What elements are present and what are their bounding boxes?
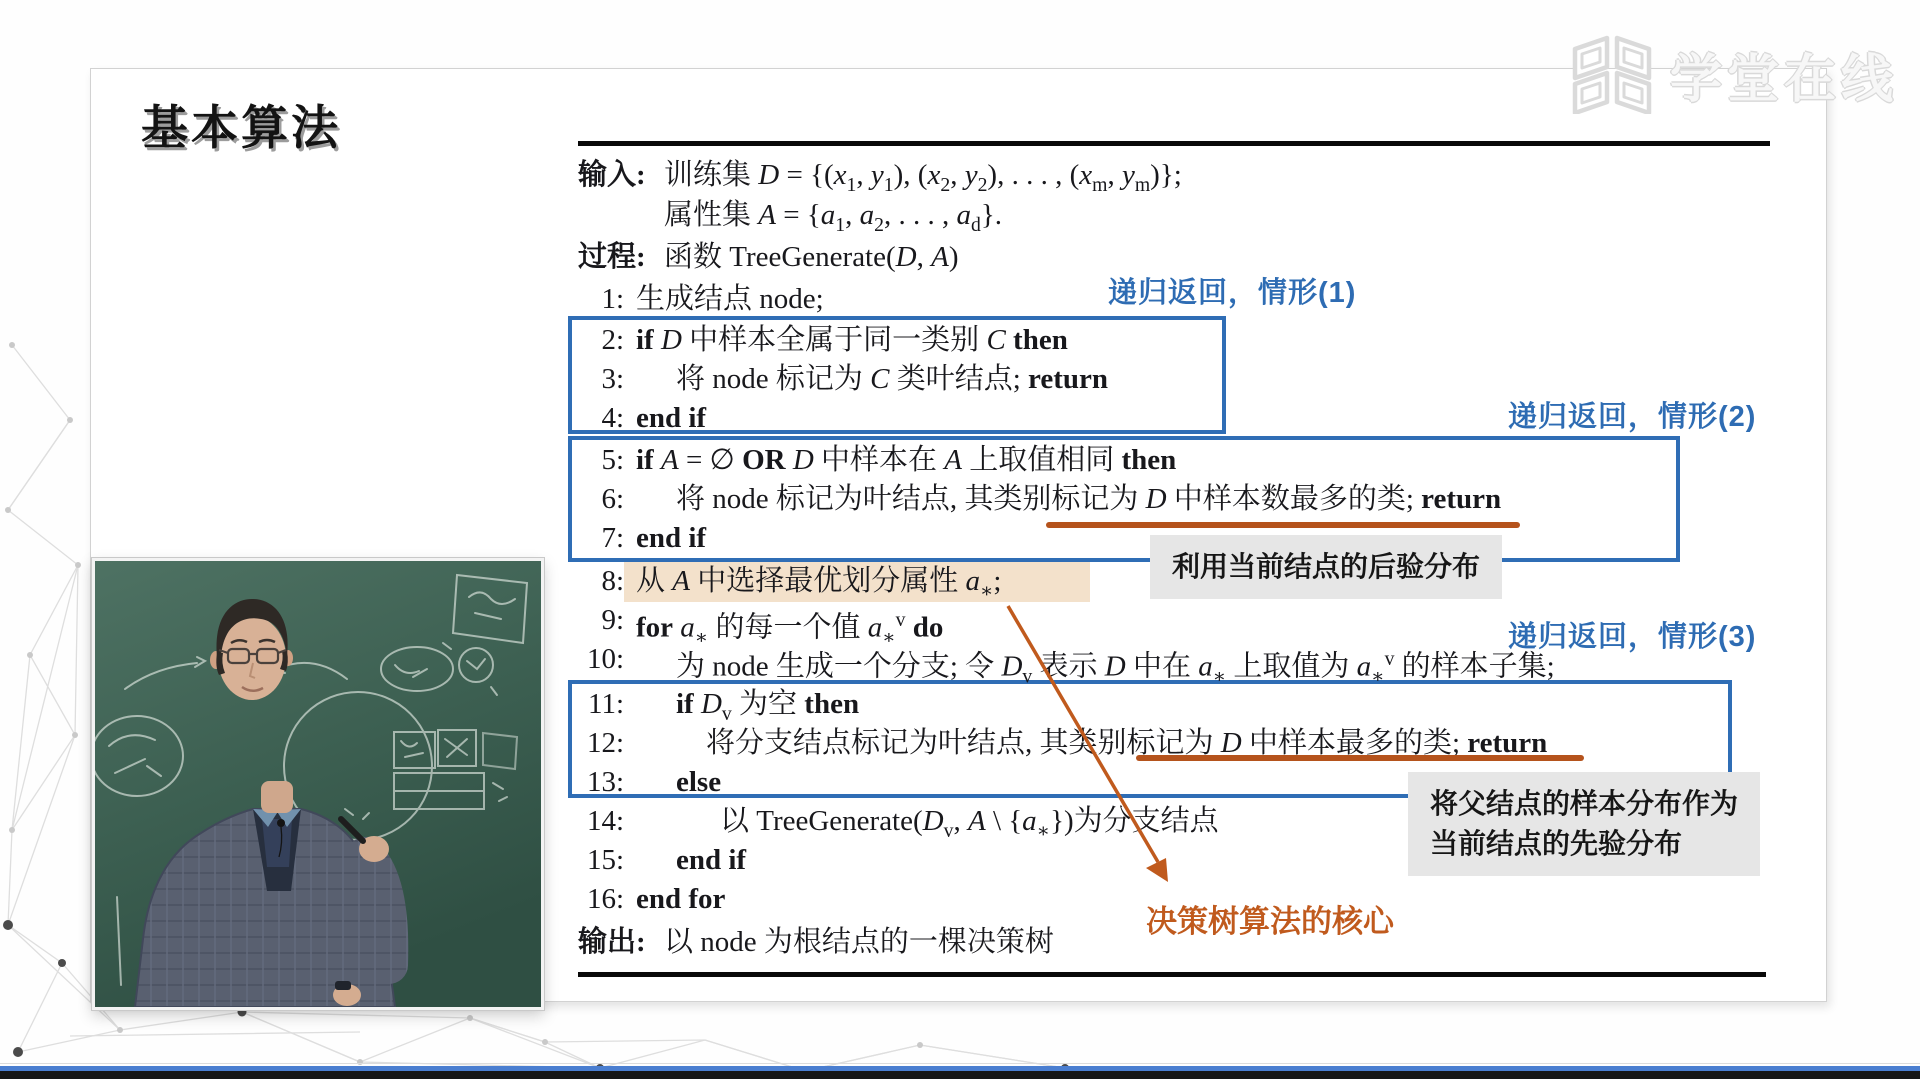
player-bar bbox=[0, 1063, 1920, 1079]
prior-callout: 将父结点的样本分布作为 当前结点的先验分布 bbox=[1408, 772, 1760, 876]
algo-line-3: 3: 将 node 标记为 C 类叶结点; return bbox=[578, 361, 1798, 397]
output-label: 输出: bbox=[578, 924, 664, 960]
posterior-callout: 利用当前结点的后验分布 bbox=[1150, 535, 1502, 599]
xuetangx-logo-icon bbox=[1570, 34, 1654, 114]
recursion-case3-note: 递归返回，情形(3) bbox=[1508, 614, 1756, 655]
lecturer-video bbox=[92, 558, 544, 1010]
xuetangx-brand-text: 学堂在线 bbox=[1670, 37, 1898, 112]
video-frame: 基本算法 学堂在线 输入: 训练集 D = {(x1 bbox=[0, 0, 1920, 1079]
line6-orange-underline bbox=[1046, 522, 1520, 528]
lecturer-illustration bbox=[95, 561, 541, 1007]
algo-input-line: 输入: 训练集 D = {(x1, y1), (x2, y2), . . . ,… bbox=[578, 157, 1798, 203]
xuetangx-watermark: 学堂在线 bbox=[1570, 34, 1898, 114]
algo-line-6: 6: 将 node 标记为叶结点, 其类别标记为 D 中样本数最多的类; ret… bbox=[578, 481, 1798, 517]
prior-callout-line1: 将父结点的样本分布作为 bbox=[1430, 784, 1738, 824]
algo-attrset-line: 属性集 A = {a1, a2, . . . , ad}. bbox=[578, 197, 1798, 243]
player-bar-base bbox=[0, 1071, 1920, 1079]
line12-orange-underline bbox=[1136, 755, 1584, 761]
algo-line-2: 2: if D 中样本全属于同一类别 C then bbox=[578, 322, 1798, 358]
core-label: 决策树算法的核心 bbox=[1146, 896, 1394, 941]
player-hairline bbox=[0, 1063, 1920, 1064]
recursion-case1-note: 递归返回，情形(1) bbox=[1108, 270, 1356, 311]
prior-callout-line2: 当前结点的先验分布 bbox=[1430, 824, 1738, 864]
algorithm-bottom-rule bbox=[578, 972, 1766, 977]
recursion-case2-note: 递归返回，情形(2) bbox=[1508, 394, 1756, 435]
slide-title: 基本算法 bbox=[141, 91, 341, 158]
algo-line-5: 5: if A = ∅ OR D 中样本在 A 上取值相同 then bbox=[578, 442, 1798, 478]
algorithm-top-rule bbox=[578, 141, 1770, 146]
input-label: 输入: bbox=[578, 157, 664, 193]
process-label: 过程: bbox=[578, 239, 664, 275]
